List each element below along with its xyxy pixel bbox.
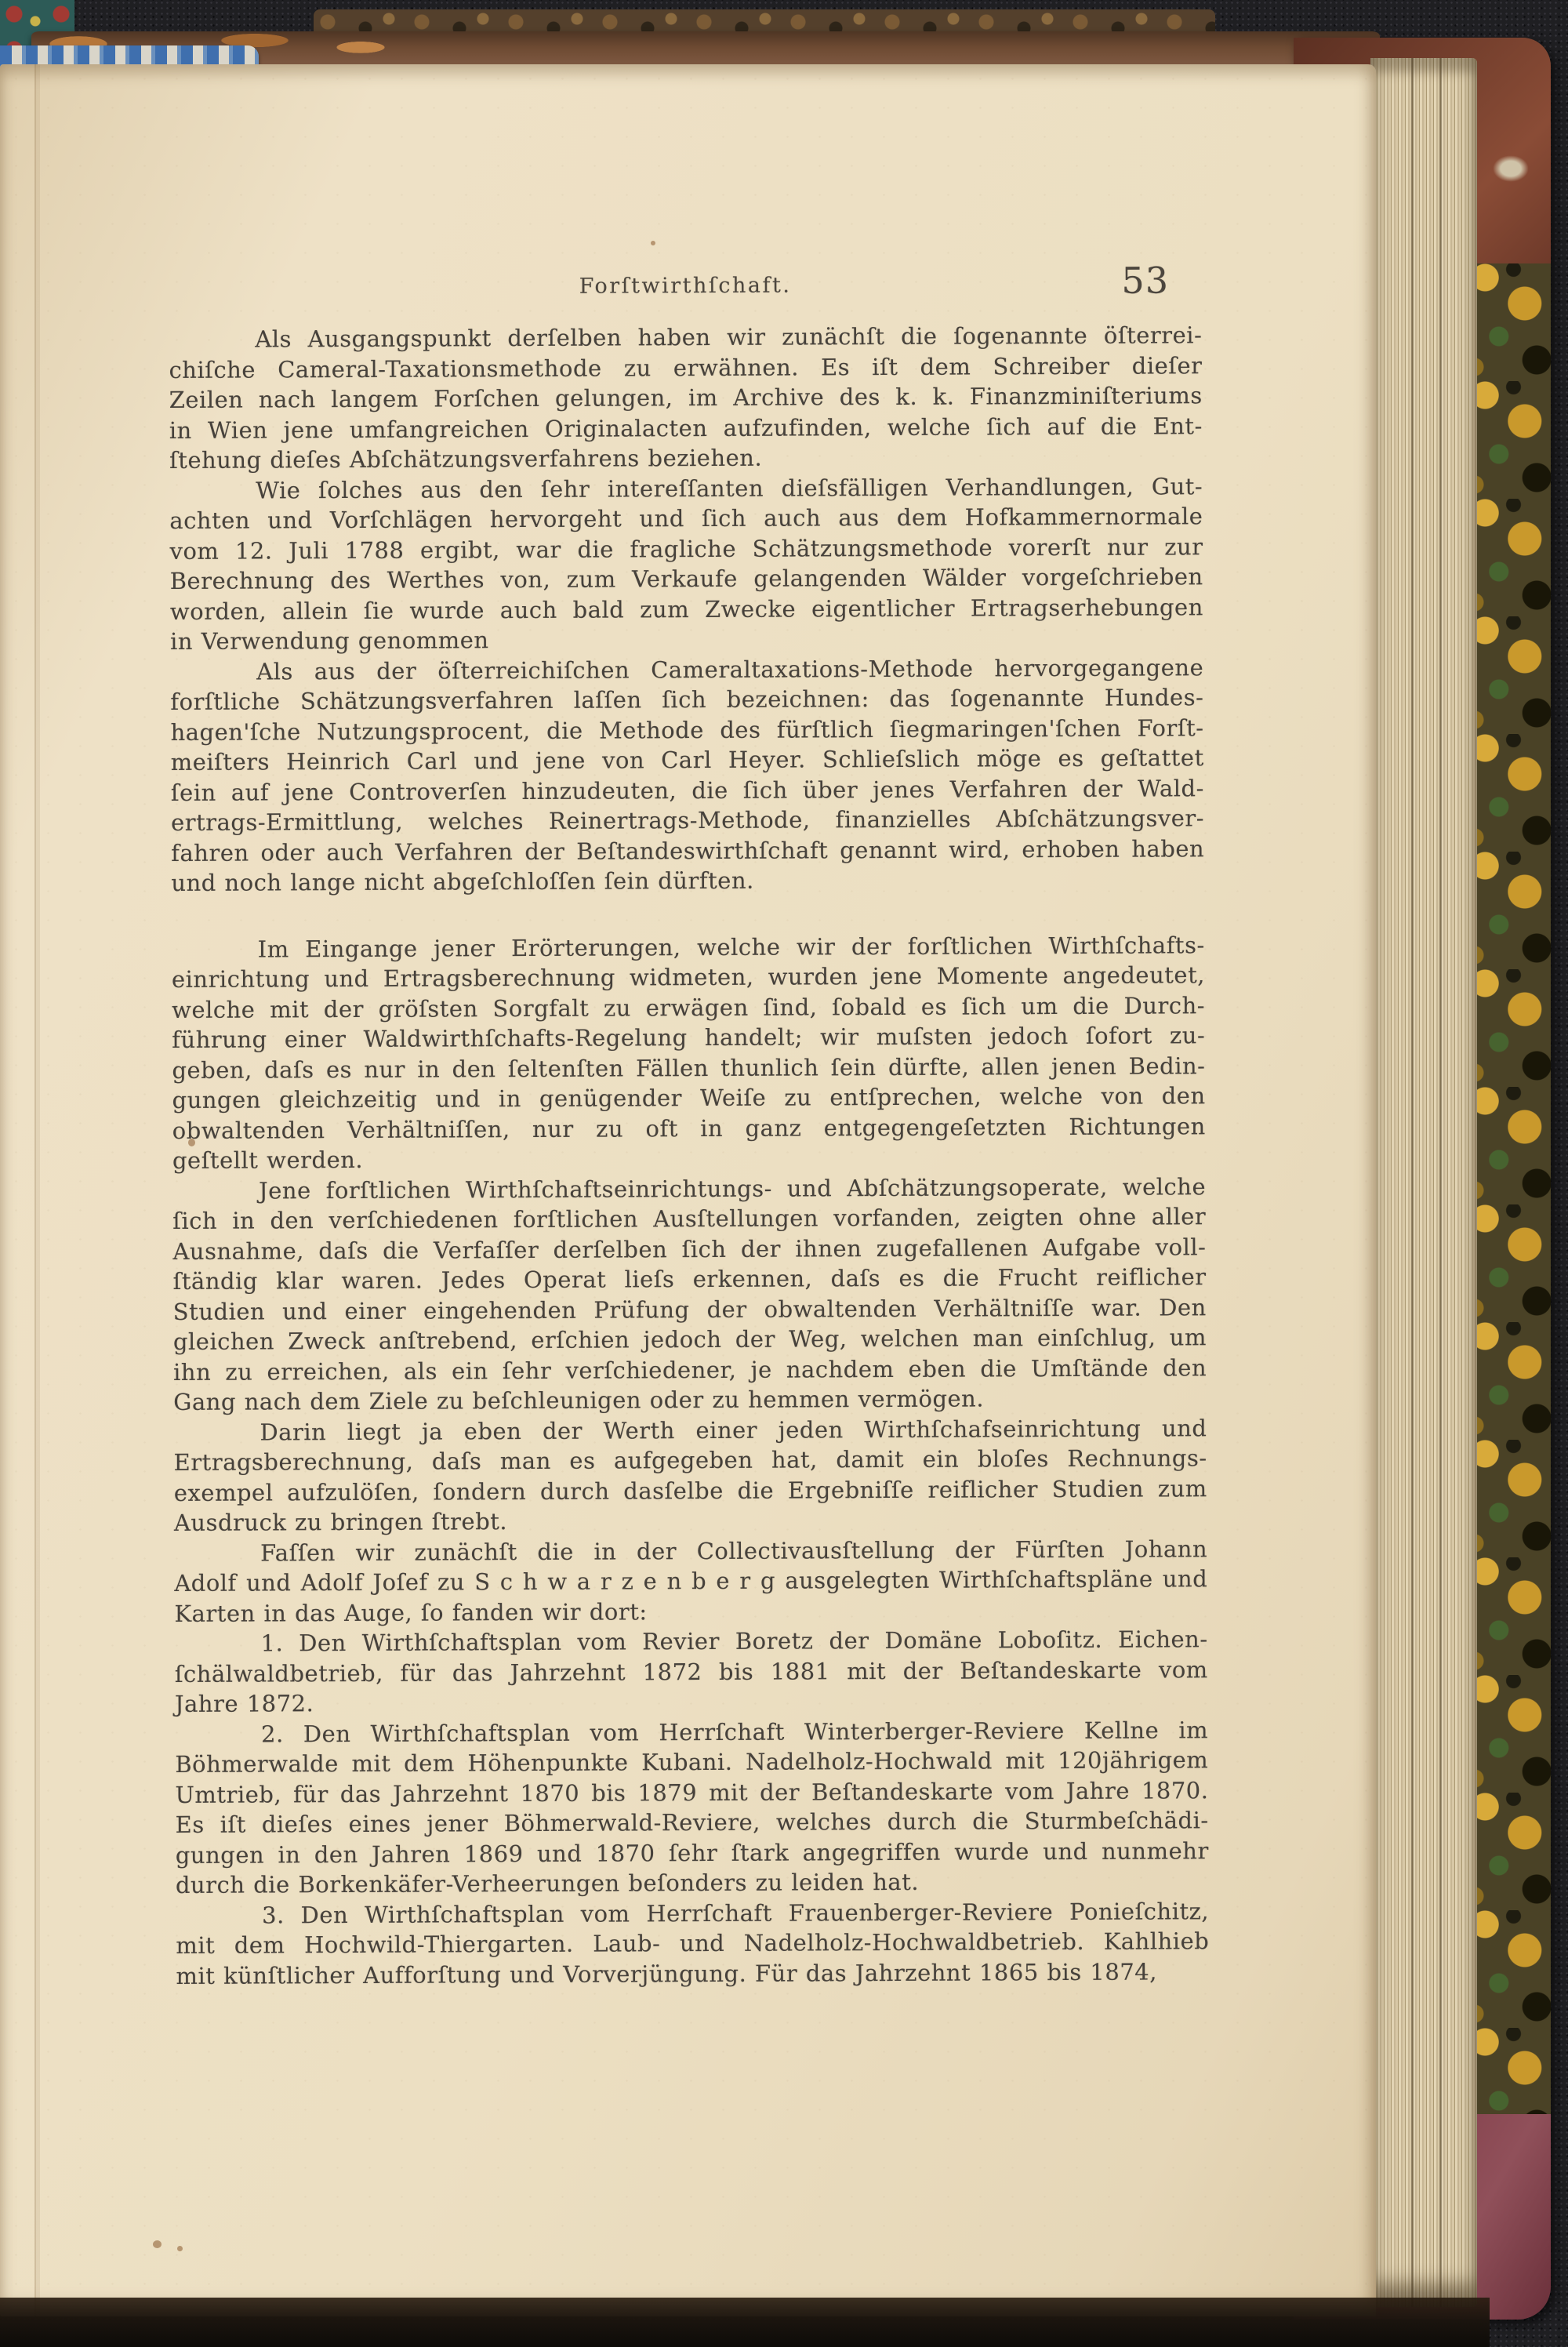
scanned-book-photo: Forſtwirthſchaft. 53 Als Ausgangspunkt d…	[0, 0, 1568, 2347]
text-line: durch die Borkenkäfer-Verheerungen beſon…	[176, 1866, 1209, 1900]
foxing-spot	[153, 2240, 162, 2248]
text-line: Als aus der öſterreichiſchen Cameraltaxa…	[170, 652, 1203, 687]
text-line: ſich in den verſchiedenen forſtlichen Au…	[172, 1201, 1206, 1236]
text-line: worden, allein ſie wurde auch bald zum Z…	[170, 592, 1203, 627]
text-line: obwaltenden Verhältniſſen, nur zu oft in…	[172, 1111, 1206, 1146]
text-line: Wie ſolches aus den ſehr intereſſanten d…	[169, 471, 1203, 506]
text-line: und noch lange nicht abgeſchloſſen ſein …	[171, 863, 1204, 898]
text-line: Böhmerwalde mit dem Höhenpunkte Kubani. …	[175, 1745, 1208, 1779]
text-line: ſtehung dieſes Abſchätzungsverfahrens be…	[169, 441, 1203, 475]
text-line: gungen in den Jahren 1869 und 1870 ſehr …	[176, 1836, 1209, 1870]
text-line: Zeilen nach langem Forſchen gelungen, im…	[169, 380, 1203, 415]
text-line: 2. Den Wirthſchaftsplan vom Herrſchaft W…	[175, 1715, 1208, 1749]
printed-page-content: Forſtwirthſchaft. 53 Als Ausgangspunkt d…	[169, 271, 1210, 1991]
text-line: vom 12. Juli 1788 ergibt, war die fragli…	[169, 532, 1203, 566]
text-line: Im Eingange jener Erörterungen, welche w…	[172, 930, 1205, 965]
text-line: Darin liegt ja eben der Werth einer jede…	[173, 1413, 1207, 1448]
foxing-spot	[177, 2246, 183, 2251]
paragraph: 1. Den Wirthſchaftsplan vom Revier Boret…	[175, 1624, 1208, 1719]
paragraph: Darin liegt ja eben der Werth einer jede…	[173, 1413, 1207, 1539]
text-line: mit dem Hochwild-Thiergarten. Laub- und …	[176, 1926, 1209, 1960]
text-line: Als Ausgangspunkt derſelben haben wir zu…	[169, 320, 1202, 354]
text-line: Faſſen wir zunächſt die in der Collectiv…	[174, 1534, 1207, 1568]
text-line: Adolf und Adolf Joſef zu S c h w a r z e…	[174, 1564, 1207, 1598]
text-line: chiſche Cameral-Taxationsmethode zu erwä…	[169, 351, 1202, 385]
running-title: Forſtwirthſchaft.	[169, 271, 1202, 300]
text-line: hagen'ſche Nutzungsprocent, die Methode …	[170, 713, 1203, 747]
text-line: exempel aufzulöſen, ſondern durch dasſel…	[174, 1473, 1207, 1508]
page-number: 53	[1121, 259, 1169, 301]
paragraph: 3. Den Wirthſchaftsplan vom Herrſchaft F…	[176, 1896, 1209, 1991]
text-line: Gang nach dem Ziele zu beſchleunigen ode…	[173, 1382, 1207, 1417]
text-line: forſtliche Schätzungsverfahren laſſen ſi…	[170, 682, 1203, 717]
foxing-spot	[651, 241, 655, 245]
text-line: ſtändig klar waren. Jedes Operat lieſs e…	[173, 1262, 1207, 1296]
text-line: Ertragsberechnung, daſs man es aufgegebe…	[174, 1443, 1207, 1477]
text-line: Jene forſtlichen Wirthſchaftseinrichtung…	[172, 1172, 1206, 1206]
paragraph: Im Eingange jener Erörterungen, welche w…	[172, 930, 1206, 1176]
text-line: ſein auf jene Controverſen hinzudeuten, …	[171, 773, 1204, 808]
body-text: Als Ausgangspunkt derſelben haben wir zu…	[169, 320, 1209, 1991]
binding-bottom-edge	[0, 2298, 1490, 2347]
text-line: einrichtung und Ertragsberechnung widmet…	[172, 960, 1205, 994]
paragraph: Faſſen wir zunächſt die in der Collectiv…	[174, 1534, 1207, 1629]
text-line: in Verwendung genommen	[170, 622, 1203, 656]
paragraph: Wie ſolches aus den ſehr intereſſanten d…	[169, 471, 1203, 657]
text-line: führung einer Waldwirthſchafts-Regelung …	[172, 1020, 1205, 1055]
text-line: achten und Vorſchlägen hervorgeht und ſi…	[169, 501, 1203, 536]
paragraph: 2. Den Wirthſchaftsplan vom Herrſchaft W…	[175, 1715, 1209, 1901]
text-line: meiſters Heinrich Carl und jene von Carl…	[171, 743, 1204, 777]
text-line: ihn zu erreichen, als ein ſehr verſchied…	[173, 1353, 1207, 1387]
text-line: Es iſt dieſes eines jener Böhmerwald-Rev…	[176, 1805, 1209, 1840]
text-line: Berechnung des Werthes von, zum Verkaufe…	[170, 561, 1203, 596]
page-fore-edge-stack	[1370, 58, 1477, 2307]
text-line: Karten in das Auge, ſo fanden wir dort:	[174, 1594, 1207, 1629]
text-line: mit künſtlicher Aufforſtung und Vorverjü…	[176, 1956, 1209, 1991]
text-line: ſchälwaldbetrieb, für das Jahrzehnt 1872…	[175, 1655, 1208, 1689]
paragraph: Als aus der öſterreichiſchen Cameraltaxa…	[170, 652, 1204, 899]
text-line: Ausnahme, daſs die Verfaſſer derſelben ſ…	[172, 1232, 1206, 1266]
text-line: ertrags-Ermittlung, welches Reinertrags-…	[171, 803, 1204, 837]
text-line: 1. Den Wirthſchaftsplan vom Revier Boret…	[175, 1624, 1208, 1659]
paragraph: Als Ausgangspunkt derſelben haben wir zu…	[169, 320, 1203, 475]
text-line: Jahre 1872.	[175, 1684, 1208, 1719]
text-line: Ausdruck zu bringen ſtrebt.	[174, 1503, 1207, 1538]
text-line: welche mit der gröſsten Sorgfalt zu erwä…	[172, 990, 1205, 1025]
text-line: geſtellt werden.	[172, 1141, 1206, 1175]
paragraph: Jene forſtlichen Wirthſchaftseinrichtung…	[172, 1172, 1207, 1418]
text-line: geben, daſs es nur in den ſeltenſten Fäl…	[172, 1051, 1205, 1085]
text-line: in Wien jene umfangreichen Originalacten…	[169, 411, 1203, 445]
page-header: Forſtwirthſchaft. 53	[169, 271, 1202, 325]
text-line: 3. Den Wirthſchaftsplan vom Herrſchaft F…	[176, 1896, 1209, 1931]
text-line: fahren oder auch Verfahren der Beſtandes…	[171, 834, 1204, 868]
text-line: Studien und einer eingehenden Prüfung de…	[173, 1292, 1207, 1327]
text-line: gleichen Zweck anſtrebend, erſchien jedo…	[173, 1322, 1207, 1357]
text-line: Umtrieb, für das Jahrzehnt 1870 bis 1879…	[175, 1775, 1208, 1810]
text-line: gungen gleichzeitig und in genügender We…	[172, 1081, 1206, 1115]
